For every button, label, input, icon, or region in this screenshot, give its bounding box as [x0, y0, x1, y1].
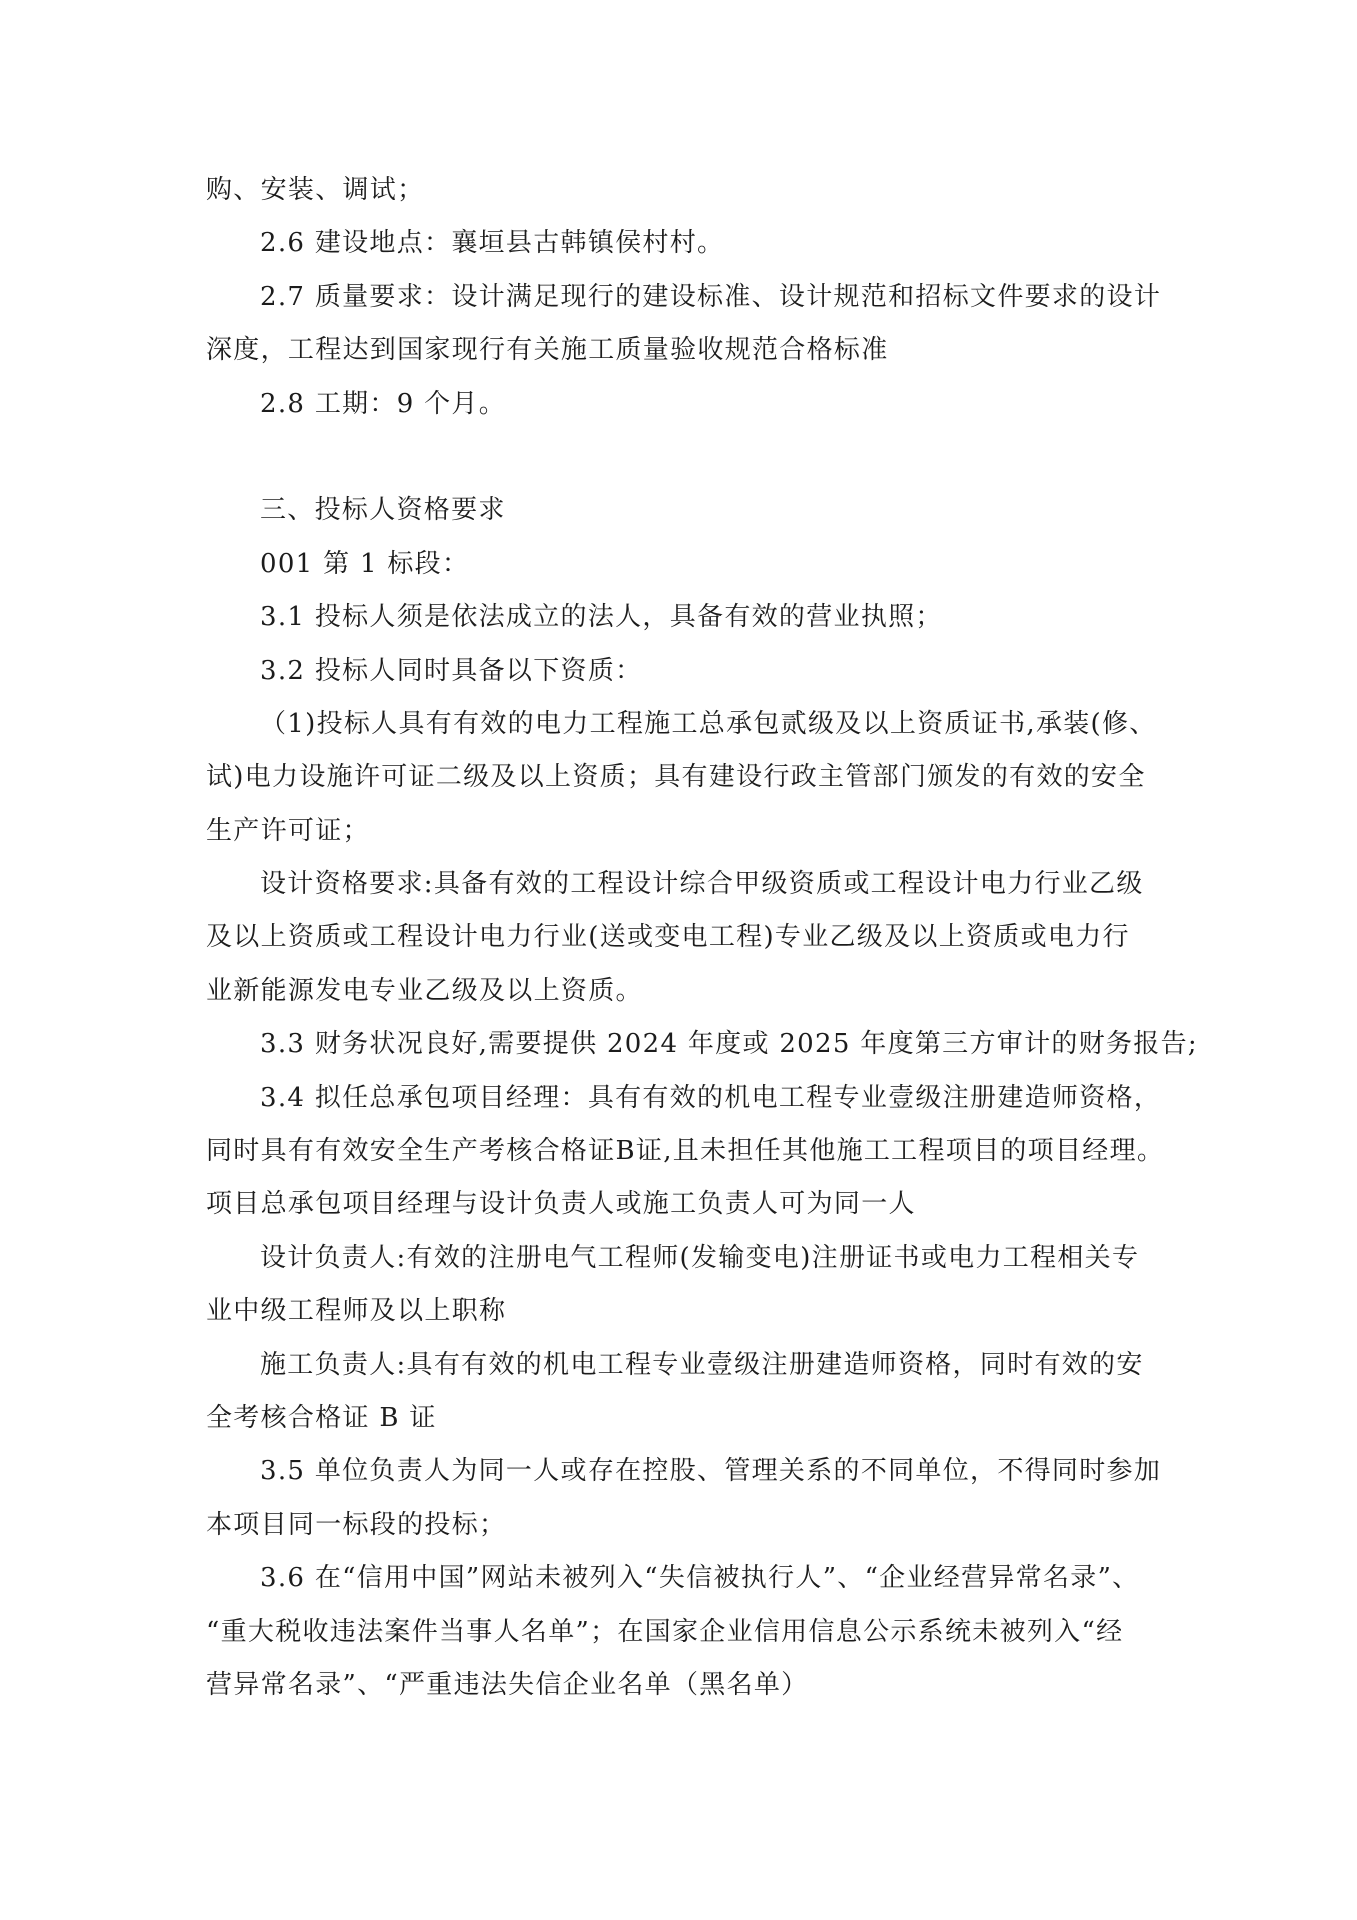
item-3-5-line-1: 3.5 单位负责人为同一人或存在控股、管理关系的不同单位，不得同时参加: [206, 1445, 1166, 1498]
item-3-6-line-3: 营异常名录”、“严重违法失信企业名单（黑名单）: [206, 1659, 1166, 1712]
construction-lead-line-1: 施工负责人:具有有效的机电工程专业壹级注册建造师资格，同时有效的安: [206, 1339, 1166, 1392]
item-3-5-line-2: 本项目同一标段的投标；: [206, 1499, 1166, 1552]
item-3-2: 3.2 投标人同时具备以下资质：: [206, 645, 1166, 698]
item-3-6-line-2: “重大税收违法案件当事人名单”；在国家企业信用信息公示系统未被列入“经: [206, 1606, 1166, 1659]
design-lead-line-1: 设计负责人:有效的注册电气工程师(发输变电)注册证书或电力工程相关专: [206, 1232, 1166, 1285]
item-3-4-line-3: 项目总承包项目经理与设计负责人或施工负责人可为同一人: [206, 1178, 1166, 1231]
item-3-4-line-1: 3.4 拟任总承包项目经理：具有有效的机电工程专业壹级注册建造师资格，: [206, 1072, 1166, 1125]
paragraph-line-procurement-tail: 购、安装、调试；: [206, 164, 1166, 217]
item-3-2-1-line-3: 生产许可证；: [206, 805, 1166, 858]
section-3-heading: 三、投标人资格要求: [206, 484, 1166, 537]
item-2-6-location: 2.6 建设地点：襄垣县古韩镇侯村村。: [206, 217, 1166, 270]
construction-lead-line-2: 全考核合格证 B 证: [206, 1392, 1166, 1445]
item-3-1: 3.1 投标人须是依法成立的法人，具备有效的营业执照；: [206, 591, 1166, 644]
design-qualification-line-3: 业新能源发电专业乙级及以上资质。: [206, 965, 1166, 1018]
design-qualification-line-1: 设计资格要求:具备有效的工程设计综合甲级资质或工程设计电力行业乙级: [206, 858, 1166, 911]
item-2-7-quality-line-1: 2.7 质量要求：设计满足现行的建设标准、设计规范和招标文件要求的设计: [206, 271, 1166, 324]
item-3-6-line-1: 3.6 在“信用中国”网站未被列入“失信被执行人”、“企业经营异常名录”、: [206, 1552, 1166, 1605]
document-body: 购、安装、调试； 2.6 建设地点：襄垣县古韩镇侯村村。 2.7 质量要求：设计…: [206, 164, 1166, 1712]
design-qualification-line-2: 及以上资质或工程设计电力行业(送或变电工程)专业乙级及以上资质或电力行: [206, 911, 1166, 964]
blank-line: [206, 431, 1166, 484]
item-3-2-1-line-2: 试)电力设施许可证二级及以上资质；具有建设行政主管部门颁发的有效的安全: [206, 751, 1166, 804]
document-page: 购、安装、调试； 2.6 建设地点：襄垣县古韩镇侯村村。 2.7 质量要求：设计…: [0, 0, 1357, 1920]
item-3-4-line-2: 同时具有有效安全生产考核合格证B证,且未担任其他施工工程项目的项目经理。: [206, 1125, 1166, 1178]
item-2-8-duration: 2.8 工期：9 个月。: [206, 378, 1166, 431]
item-2-7-quality-line-2: 深度，工程达到国家现行有关施工质量验收规范合格标准: [206, 324, 1166, 377]
lot-label: 001 第 1 标段：: [206, 538, 1166, 591]
item-3-3: 3.3 财务状况良好,需要提供 2024 年度或 2025 年度第三方审计的财务…: [206, 1018, 1166, 1071]
item-3-2-1-line-1: （1)投标人具有有效的电力工程施工总承包贰级及以上资质证书,承装(修、: [206, 698, 1166, 751]
design-lead-line-2: 业中级工程师及以上职称: [206, 1285, 1166, 1338]
